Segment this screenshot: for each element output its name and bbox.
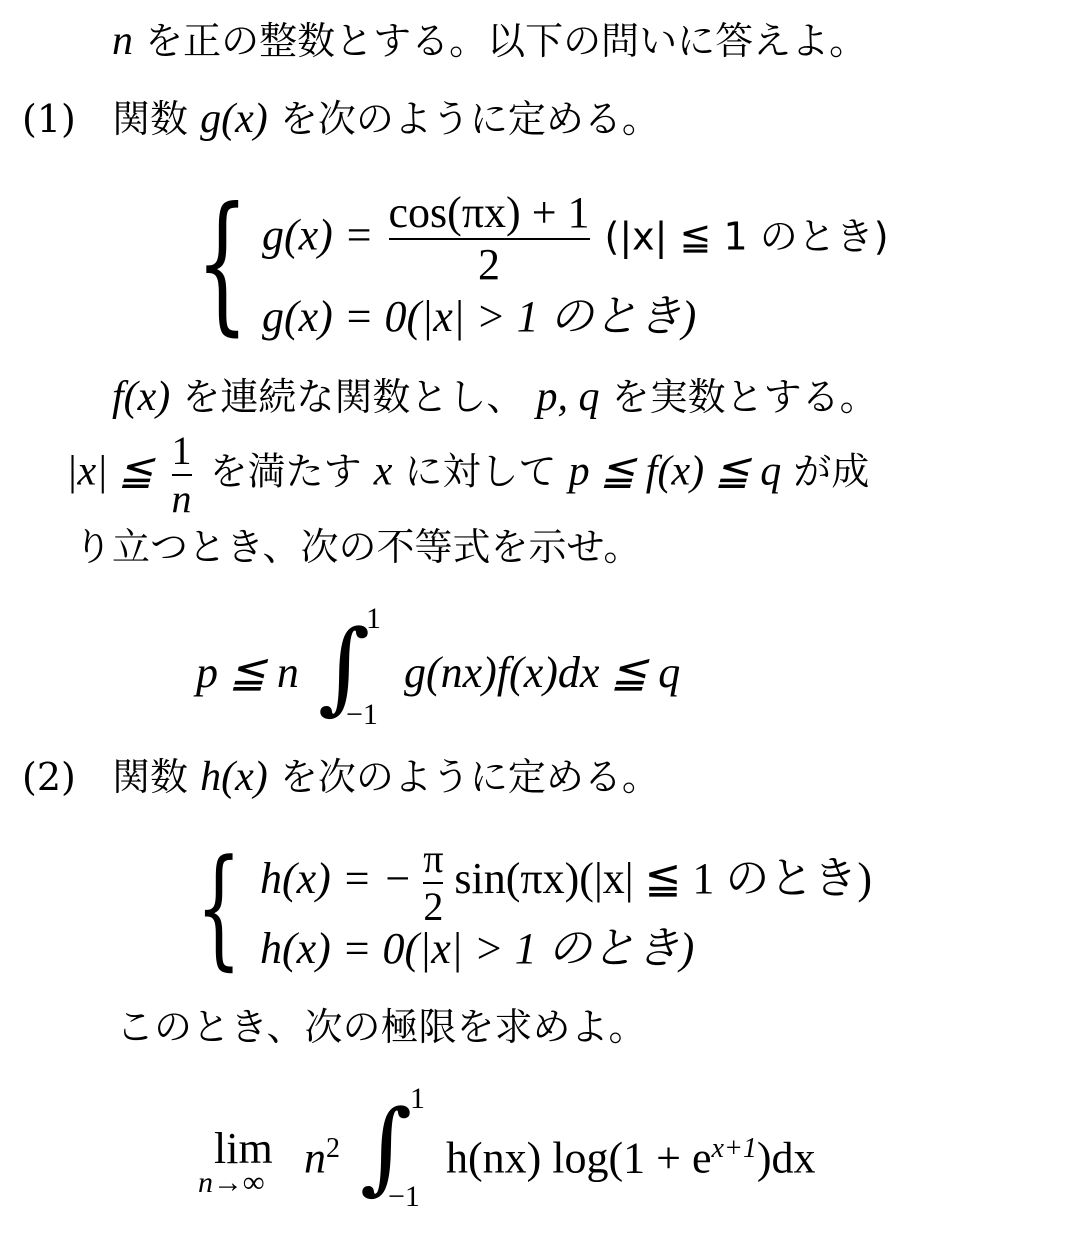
function-h: h(x) (200, 754, 268, 800)
exponent-2: 2 (326, 1133, 340, 1164)
h-case-1: h(x) = − π 2 sin(πx)(|x| ≦ 1 のとき) (260, 838, 872, 928)
frac-num: π (423, 838, 443, 880)
part2-heading: 関数 h(x) を次のように定める。 (112, 754, 660, 800)
g-case-2: g(x) = 0(|x| > 1 のとき) (262, 292, 696, 342)
g-lhs: g(x) = (262, 210, 374, 259)
coef: n (304, 1134, 326, 1183)
lower-limit: −1 (388, 1180, 420, 1214)
lim-subscript: n→∞ (198, 1166, 264, 1200)
frac-num: 1 (172, 430, 192, 472)
var-pq: p, q (537, 374, 600, 420)
limit-integrand: h(nx) log(1 + ex+1)dx (446, 1124, 816, 1184)
intro-text: を正の整数とする。以下の問いに答えよ。 (145, 19, 867, 63)
para-condition: |x| ≦ 1 n を満たす x に対して p ≦ f(x) ≦ q が成 (66, 430, 869, 520)
g-condition-1: (|x| ≦ 1 のとき) (605, 214, 889, 258)
heading-pre: 関数 (112, 755, 188, 799)
upper-limit: 1 (366, 602, 381, 636)
part1-heading: 関数 g(x) を次のように定める。 (112, 96, 660, 142)
var-f: f(x) (112, 374, 170, 420)
frac-den: 2 (423, 886, 443, 928)
frac-den: n (172, 478, 192, 520)
left-brace-icon: { (196, 822, 241, 992)
h-lhs: h(x) = − (260, 854, 412, 903)
inequality-display: p ≦ n (196, 648, 299, 698)
h-row2: h(x) = 0(|x| > 1 のとき) (260, 924, 694, 973)
para1-end: を実数とする。 (612, 375, 878, 419)
var-n: n (112, 18, 133, 64)
pi-over-2: π 2 (423, 838, 443, 928)
g-numerator: cos(πx) + 1 (389, 190, 590, 236)
g-fraction: cos(πx) + 1 2 (389, 190, 590, 288)
heading-post: を次のように定める。 (280, 97, 660, 141)
left-brace-icon: { (196, 168, 248, 358)
upper-limit: 1 (410, 1082, 425, 1116)
heading-post: を次のように定める。 (280, 755, 660, 799)
integrand-pre: h(nx) log(1 + e (446, 1134, 712, 1183)
g-row2: g(x) = 0(|x| > 1 のとき) (262, 292, 696, 341)
g-case-1: g(x) = cos(πx) + 1 2 (|x| ≦ 1 のとき) (262, 190, 889, 288)
para2-text2: に対して (404, 450, 556, 494)
para2-text3: が成 (793, 450, 869, 494)
exponent-x-plus-1: x+1 (712, 1133, 757, 1164)
function-g: g(x) (200, 96, 268, 142)
lower-limit: −1 (346, 698, 378, 732)
ineq-integrand: g(nx)f(x)dx ≦ q (404, 648, 680, 698)
part2-label: (2) (22, 754, 76, 800)
h-rest: sin(πx)(|x| ≦ 1 のとき) (454, 854, 872, 903)
ineq-pfq: p ≦ f(x) ≦ q (569, 449, 782, 495)
g-denominator: 2 (389, 242, 590, 288)
one-over-n: 1 n (172, 430, 192, 520)
var-x: x (374, 449, 393, 495)
intro-line: n を正の整数とする。以下の問いに答えよ。 (112, 18, 867, 64)
abs-x-le: |x| ≦ (66, 449, 153, 495)
integrand-post: )dx (757, 1134, 816, 1183)
para1-text: を連続な関数とし、 (182, 375, 524, 419)
heading-pre: 関数 (112, 97, 188, 141)
para2-text1: を満たす (210, 450, 362, 494)
part2-prompt: このとき、次の極限を求めよ。 (116, 1004, 646, 1050)
para-f-continuous: f(x) を連続な関数とし、 p, q を実数とする。 (112, 374, 878, 420)
para3: り立つとき、次の不等式を示せ。 (74, 524, 641, 570)
part1-label: (1) (22, 96, 76, 142)
h-case-2: h(x) = 0(|x| > 1 のとき) (260, 924, 694, 974)
coef-n: n2 (304, 1124, 340, 1184)
ineq-left: p ≦ n (196, 648, 299, 697)
